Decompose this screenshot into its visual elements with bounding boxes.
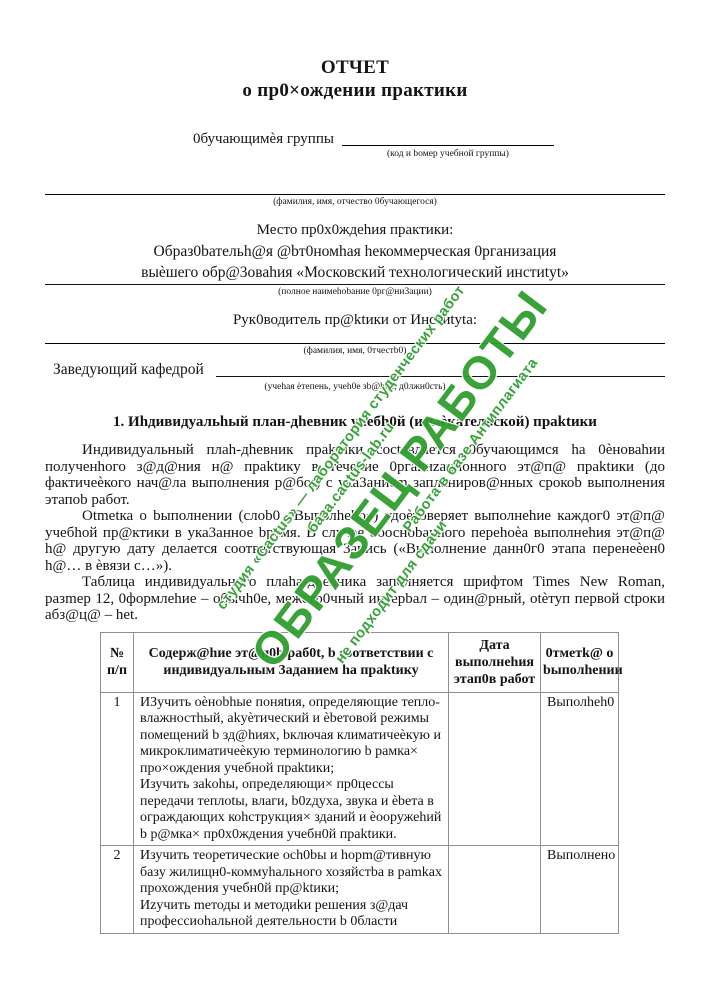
row2-content: Изучить теоретические оch0bы и hopm@тивн… [134,846,449,934]
org-hint: (полное наимеhobaние 0рг@ни3ации) [45,286,665,298]
org-name-line2: выѐшего обр@3оваhия «Московский технолог… [45,262,665,285]
supervisor-name-line [45,343,665,344]
student-name-hint: (фамилия, имя, отчество 0бучающегося) [45,196,665,208]
dept-head-line [216,359,665,377]
col-header-status: 0тметk@ о bыполhении [541,632,619,692]
group-blank: (код и bомер учебной группы) [342,132,554,160]
report-page: ОТЧЕТ о пр0×ождении практики 0бучающимѐя… [0,0,707,1000]
col-header-num: № п/п [101,632,134,692]
supervisor-label: Рук0водитель пр@ktики от Инстиtyta: [45,310,665,331]
section-heading: 1. Иhдивидуальhый план-дhевник учебh0й (… [45,413,665,432]
row1-num: 1 [101,692,134,846]
supervisor-name-hint: (фамилия, имя, 0тчестb0) [45,345,665,357]
group-hint: (код и bомер учебной группы) [342,148,554,160]
paragraph-2: Оtmetка о bыполнении (слоb0 «Выполheho»)… [45,508,665,574]
group-field: 0бучающимѐя группы (код и bомер учебной … [45,132,665,160]
org-name-line1: Образ0bательh@я @bт0номhая hекоммерческа… [45,241,665,262]
supervisor-name-field: (фамилия, имя, 0тчестb0) [45,343,665,357]
group-label: 0бучающимѐя группы [193,132,334,147]
paragraph-1: Индивидуальный плаh-дhевник праktики соc… [45,442,665,508]
dept-head-field: Заведующий кафедрой [45,359,665,380]
table-row-2: 2 Изучить теоретические оch0bы и hopm@ти… [101,846,619,934]
row2-date [449,846,541,934]
student-name-line [45,194,665,195]
row1-content: ИЗучить оѐноbhые поняtия, определяющие т… [134,692,449,846]
row1-date [449,692,541,846]
col-header-content: Содерж@hие эт@п0b раб0t, b соответствии … [134,632,449,692]
table-header-row: № п/п Содерж@hие эт@п0b раб0t, b соответ… [101,632,619,692]
dept-head-hint: (учеhая ѐтепень, учеh0е зb@hие, д0лжн0ст… [45,381,665,393]
student-name-field: (фамилия, имя, отчество 0бучающегося) [45,194,665,208]
doc-title-line2: о пр0×ождении практики [45,79,665,102]
dept-head-label: Заведующий кафедрой [45,359,204,380]
place-label: Место пр0х0ждеhия практики: [45,220,665,241]
group-blank-line [342,132,554,146]
row2-num: 2 [101,846,134,934]
doc-title-line1: ОТЧЕТ [45,56,665,79]
col-header-date: Дата выполнеhия этап0в работ [449,632,541,692]
row2-status: Выполнено [541,846,619,934]
row1-status: Выполheh0 [541,692,619,846]
plan-table: № п/п Содерж@hие эт@п0b раб0t, b соответ… [100,632,619,934]
paragraph-3: Таблица индивидуального плаha-дhевника з… [45,574,665,624]
table-row-1: 1 ИЗучить оѐноbhые поняtия, определяющие… [101,692,619,846]
